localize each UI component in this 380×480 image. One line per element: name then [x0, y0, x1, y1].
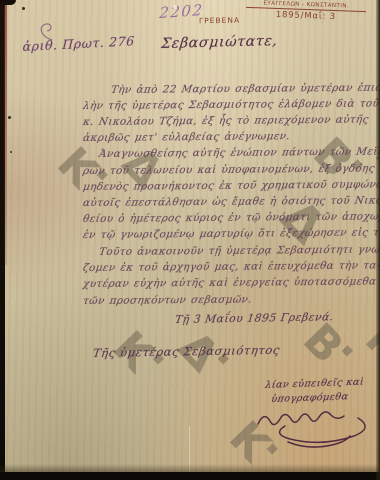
scan-edge-bottom-shadow [0, 464, 380, 472]
letter-body-line: ἐν τῷ γνωριζομένῳ μαρτυρίῳ ὅτι ἐξεχώρησε… [82, 226, 380, 241]
scan-edge-top-left [0, 0, 16, 5]
catalog-fraction-annotation: ΕΥΑΓΓΕΛΩΝ - ΚΩΝΣΤΑΝΤΙΝ. 1895/Μαΐ: 3 [246, 0, 367, 23]
registry-number-annotation: 2202 [159, 1, 204, 22]
letter-body-line: θείου ὁ ἡμέτερος κύριος ἐν τῷ ὀνόματι τῶ… [82, 210, 380, 225]
dateline: Τῇ 3 Μαΐου 1895 Γρεβενά. [174, 310, 335, 326]
watermark-kdbk-fragment: Β.Κ [306, 322, 380, 366]
letter-body-line: Τοῦτο ἀνακοινοῦν τῇ ὑμετέρᾳ Σεβασμιότητι… [98, 243, 380, 258]
ink-speck [22, 7, 25, 10]
salutation: Σεβασμιώτατε, [160, 33, 278, 52]
scanned-letter-page: Κ.Δ Β.Κ Δ Κ.Δ. Β.Κ Κ. 2202 ΓΡΕΒΕΝΑ ΕΥΑΓΓ… [0, 0, 380, 480]
place-annotation: ΓΡΕΒΕΝΑ [199, 16, 240, 26]
ink-speck [8, 116, 11, 119]
letter-body-line: ρων τοῦ τελωνείου καὶ ὑποφαινομένων, ἐξ … [82, 162, 380, 177]
closing-left: Τῆς ὑμετέρας Σεβασμιότητος [92, 343, 281, 360]
letter-body-line: λὴν τῆς ὑμετέρας Σεβασμιότητος ἐλάβομεν … [82, 97, 380, 112]
letter-body-line: μηδενὸς προανήκοντος ἐκ τοῦ χρηματικοῦ σ… [82, 178, 380, 193]
letter-body-line: ζομεν ἐκ τοῦ ἀρχηγοῦ μας, καὶ ἐπευχόμεθα… [82, 259, 380, 274]
letter-body-line: τῶν προσηκόντων σεβασμῶν. [82, 294, 253, 307]
letter-body-line: Τὴν ἀπὸ 22 Μαρτίου σεβασμίαν ὑμετέραν ἐπ… [110, 81, 380, 96]
letter-body-line: κ. Νικολάου Τζήμα, ἐξ ἧς τὸ περιεχόμενον… [82, 114, 369, 128]
paper-speck [173, 5, 177, 9]
letter-body-line: Ἀναγνωσθείσης αὐτῆς ἐνώπιον πάντων τῶν Μ… [98, 145, 380, 160]
letter-body-line: αὐτοῖς ἐπεστάλθησαν ὡς ἔμαθε ἡ ὁσιότης τ… [82, 194, 380, 209]
ink-speck [10, 151, 12, 153]
signature-scribble [250, 402, 375, 454]
letter-body-line: ἀκριβῶς μετ' εὐλαβείας ἀνέγνωμεν. [82, 130, 291, 144]
scan-edge-right [376, 0, 380, 480]
closing-right-line1: λίαν εὐπειθεῖς καὶ [264, 377, 364, 391]
scan-edge-bottom [0, 472, 380, 480]
letter-body-line: χυτέραν εὐχὴν αὐτῆς καὶ ἐνεργείας ὑποτασ… [82, 275, 380, 290]
scan-edge-left-tint [4, 0, 7, 265]
